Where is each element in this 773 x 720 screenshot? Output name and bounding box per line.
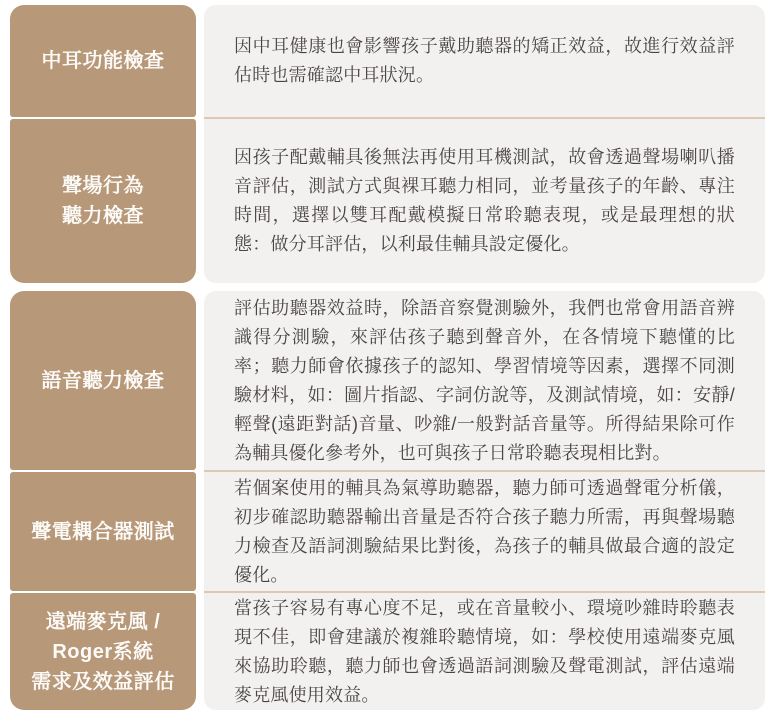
row-description-remote-mic-roger-evaluation: 當孩子容易有專心度不足，或在音量較小、環境吵雜時聆聽表現不佳，即會建議於複雜聆聽…: [204, 593, 765, 710]
card-2-description-panel: 評估助聽器效益時，除語音察覺測驗外，我們也常會用語音辨識得分測驗，來評估孩子聽到…: [204, 291, 765, 710]
hearing-assessment-table: 中耳功能檢查 聲場行為 聽力檢查 因中耳健康也會影響孩子戴助聽器的矯正效益，故進…: [0, 0, 773, 720]
card-1-description-panel: 因中耳健康也會影響孩子戴助聽器的矯正效益，故進行效益評估時也需確認中耳狀況。 因…: [204, 5, 765, 283]
card-1-label-column: 中耳功能檢查 聲場行為 聽力檢查: [10, 5, 196, 283]
card-group-1: 中耳功能檢查 聲場行為 聽力檢查 因中耳健康也會影響孩子戴助聽器的矯正效益，故進…: [10, 5, 765, 283]
row-label-middle-ear-check: 中耳功能檢查: [10, 5, 196, 117]
row-description-speech-audiometry-check: 評估助聽器效益時，除語音察覺測驗外，我們也常會用語音辨識得分測驗，來評估孩子聽到…: [204, 291, 765, 470]
row-description-sound-field-behavioral-check: 因孩子配戴輔具後無法再使用耳機測試，故會透過聲場喇叭播音評估，測試方式與裸耳聽力…: [204, 119, 765, 283]
row-label-remote-mic-roger-evaluation: 遠端麥克風 / Roger系統 需求及效益評估: [10, 593, 196, 710]
row-description-electroacoustic-coupler-test: 若個案使用的輔具為氣導助聽器，聽力師可透過聲電分析儀，初步確認助聽器輸出音量是否…: [204, 472, 765, 591]
row-label-speech-audiometry-check: 語音聽力檢查: [10, 291, 196, 470]
card-group-2: 語音聽力檢查 聲電耦合器測試 遠端麥克風 / Roger系統 需求及效益評估 評…: [10, 291, 765, 710]
card-2-label-column: 語音聽力檢查 聲電耦合器測試 遠端麥克風 / Roger系統 需求及效益評估: [10, 291, 196, 710]
row-description-middle-ear-check: 因中耳健康也會影響孩子戴助聽器的矯正效益，故進行效益評估時也需確認中耳狀況。: [204, 5, 765, 117]
row-label-sound-field-behavioral-check: 聲場行為 聽力檢查: [10, 119, 196, 283]
row-label-electroacoustic-coupler-test: 聲電耦合器測試: [10, 472, 196, 591]
